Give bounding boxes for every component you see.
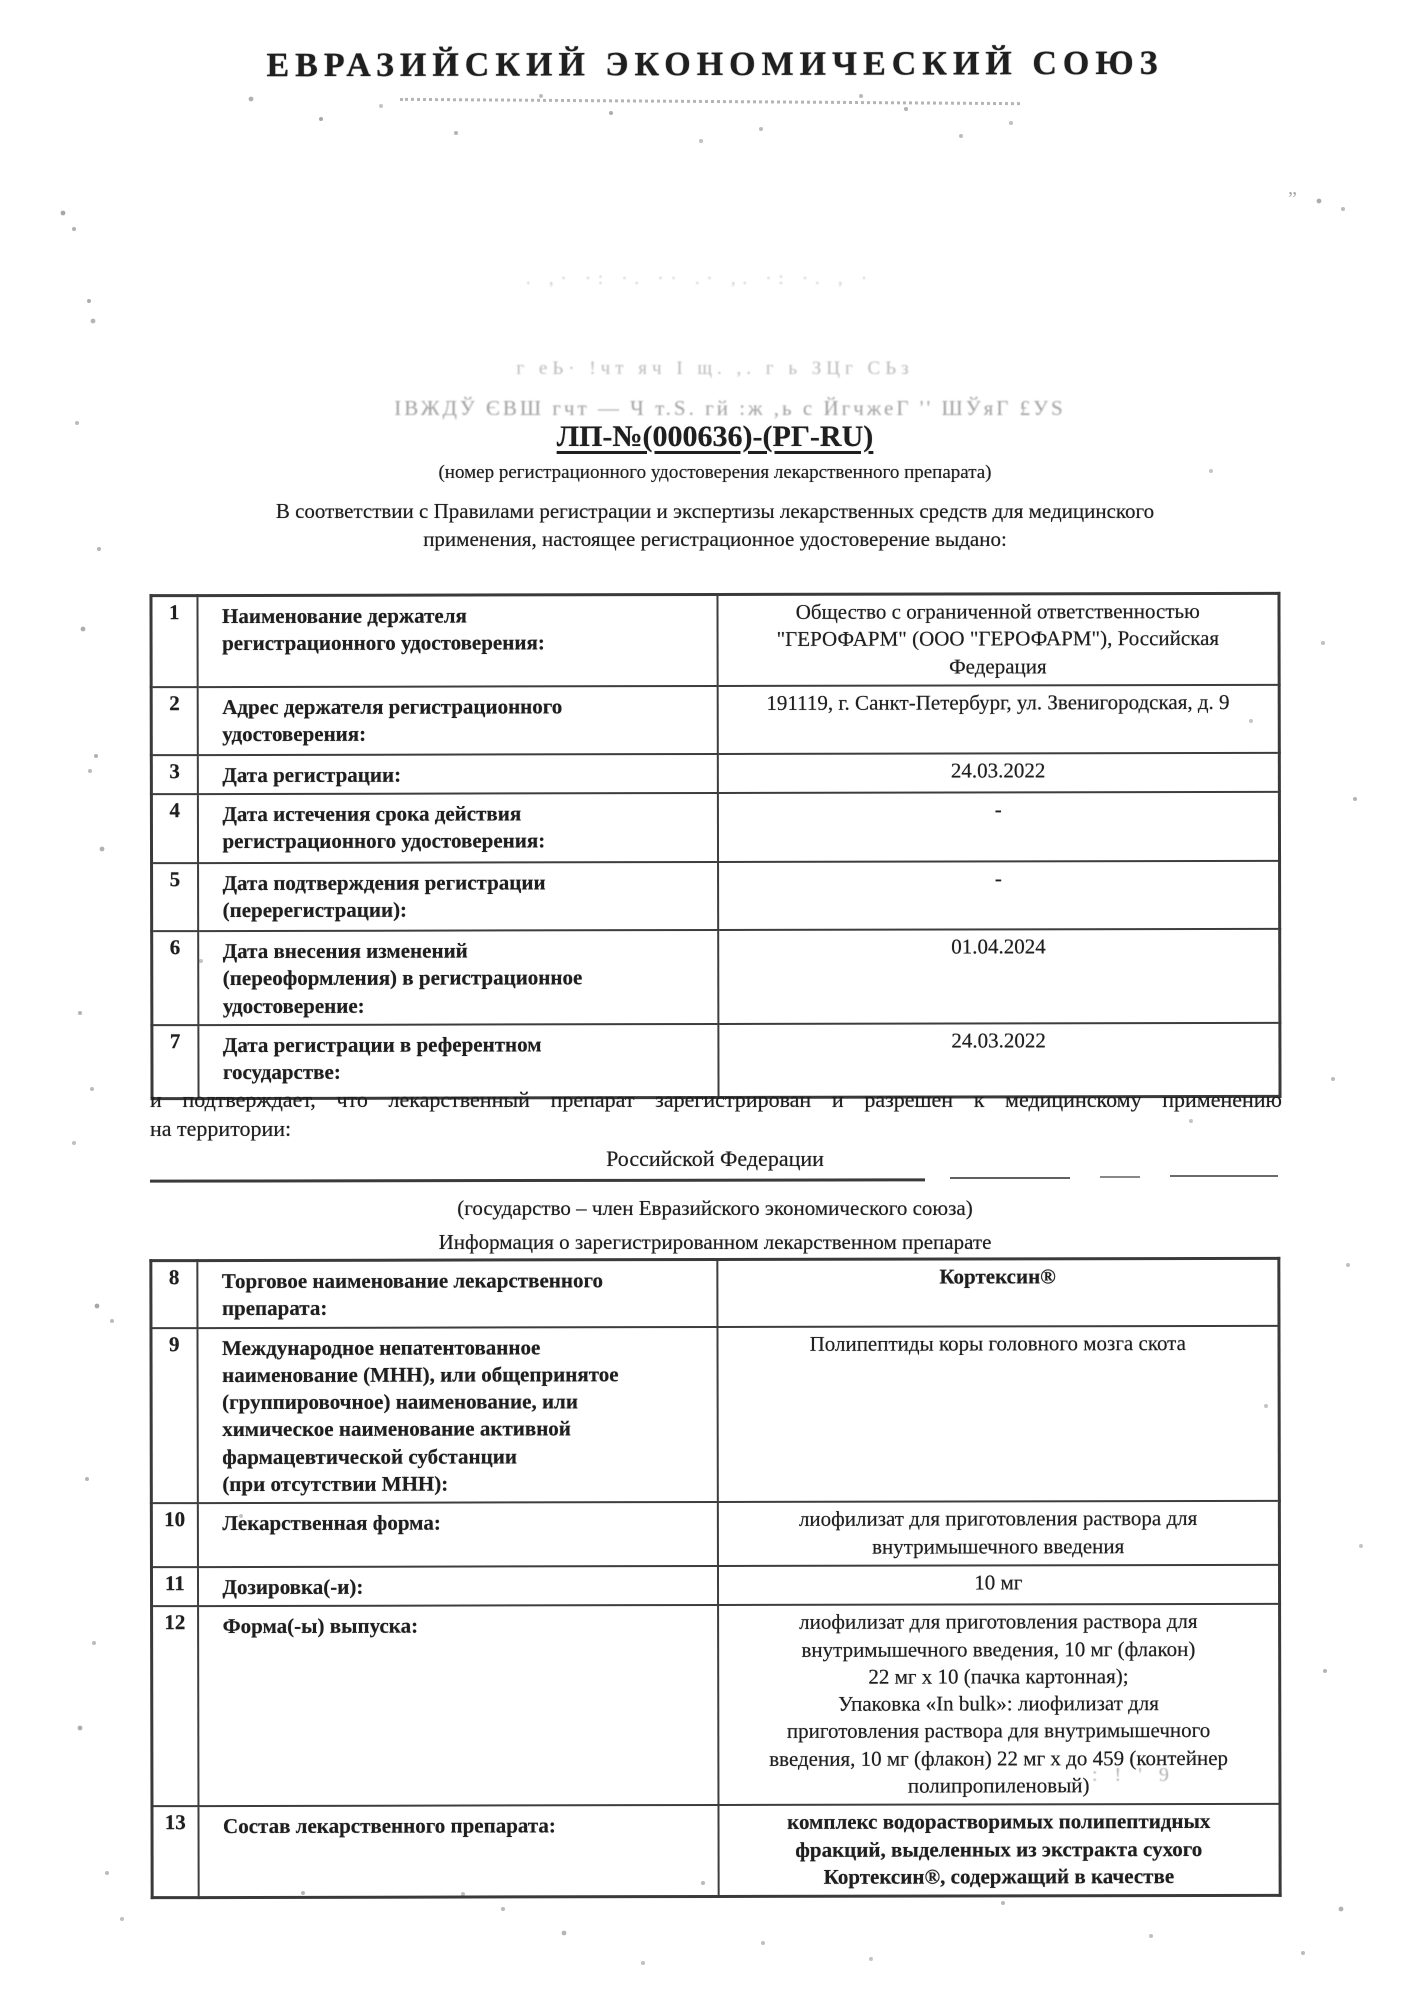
confirmation-text: и подтверждает, что лекарственный препар… (150, 1086, 1282, 1115)
row-number: 13 (152, 1806, 198, 1897)
row-value: Полипептиды коры головного мозга скота (717, 1325, 1279, 1502)
confirmation-text-tail: на территории: (150, 1116, 750, 1142)
row-number: 5 (152, 863, 198, 931)
row-number: 3 (151, 755, 197, 794)
info-heading: Информация о зарегистрированном лекарств… (150, 1230, 1280, 1255)
table-row: 1 Наименование держателя регистрационног… (151, 593, 1279, 687)
table-row: 4 Дата истечения срока действия регистра… (151, 792, 1279, 863)
row-number: 1 (151, 596, 197, 687)
table-row: 6 Дата внесения изменений (переоформлени… (152, 929, 1280, 1025)
table-row: 10 Лекарственная форма: лиофилизат для п… (151, 1501, 1279, 1567)
holder-table: 1 Наименование держателя регистрационног… (149, 592, 1281, 1100)
table-row: 9 Международное непатентованное наименов… (151, 1325, 1279, 1503)
table-row: 11 Дозировка(-и): 10 мг (151, 1565, 1279, 1607)
row-value: 191119, г. Санкт-Петербург, ул. Звенигор… (717, 685, 1279, 754)
row-number: 4 (151, 794, 197, 863)
table-row: 8 Торговое наименование лекарственного п… (151, 1258, 1279, 1327)
row-label: Дата истечения срока действия регистраци… (197, 793, 717, 863)
row-label: Наименование держателя регистрационного … (197, 594, 717, 686)
faded-illegible-line-2: г еЬ· !чт яч І щ. ,. г ь ЗЦг СЬз (250, 358, 1180, 380)
scan-stamp-artifact: : ! ' 9 (1092, 1764, 1175, 1787)
row-label: Дата регистрации: (197, 754, 717, 794)
faded-illegible-line-3: ІВЖДЎ ЄВШ гчт — Ч т.Ѕ. гй :ж ,ь с ЙгчжеГ… (180, 396, 1280, 421)
table-row: 3 Дата регистрации: 24.03.2022 (151, 753, 1279, 795)
union-title: ЕВРАЗИЙСКИЙ ЭКОНОМИЧЕСКИЙ СОЮЗ (150, 45, 1280, 86)
registration-number: ЛП-№(000636)-(РГ-RU) (150, 420, 1280, 454)
row-number: 9 (151, 1328, 197, 1504)
row-value: лиофилизат для приготовления раствора дл… (718, 1604, 1280, 1805)
registration-number-caption: (номер регистрационного удостоверения ле… (150, 462, 1280, 484)
scan-noise-dots (0, 0, 2, 2)
territory-caption: (государство – член Евразийского экономи… (150, 1196, 1280, 1221)
row-number: 8 (151, 1261, 197, 1328)
scan-artifact-mark: ” (1288, 188, 1297, 211)
row-value: - (717, 792, 1279, 862)
row-label: Лекарственная форма: (197, 1502, 717, 1567)
territory-name: Российской Федерации (150, 1146, 1280, 1172)
row-value: лиофилизат для приготовления раствора дл… (717, 1501, 1279, 1566)
row-value: комплекс водорастворимых полипептидных ф… (718, 1804, 1280, 1897)
row-number: 12 (152, 1606, 198, 1806)
registration-number-text: ЛП-№(000636)-(РГ-RU) (557, 420, 874, 453)
row-value: 10 мг (717, 1565, 1279, 1605)
faded-illegible-line-1: . ,· ·: ·. ·· .· ,. ·: ·. , · (380, 268, 1020, 289)
product-table: 8 Торговое наименование лекарственного п… (149, 1257, 1281, 1900)
territory-underline (150, 1178, 925, 1182)
table-row: 5 Дата подтверждения регистрации (перере… (152, 861, 1280, 931)
territory-underline-dash (1170, 1175, 1278, 1177)
row-number: 10 (151, 1503, 197, 1567)
row-label: Дата подтверждения регистрации (перереги… (198, 862, 718, 931)
row-label: Международное непатентованное наименован… (197, 1327, 717, 1504)
territory-underline-dash (1100, 1176, 1140, 1178)
row-label: Адрес держателя регистрационного удостов… (197, 686, 717, 755)
row-number: 6 (152, 931, 198, 1025)
row-number: 11 (151, 1567, 197, 1606)
row-label: Дозировка(-и): (197, 1566, 717, 1606)
scan-dotted-line (400, 98, 1020, 105)
row-label: Дата внесения изменений (переоформления)… (198, 930, 718, 1025)
row-label: Состав лекарственного препарата: (198, 1805, 718, 1897)
row-value: - (718, 861, 1280, 930)
territory-underline-dash (950, 1177, 1070, 1179)
row-number: 2 (151, 687, 197, 755)
table-row: 13 Состав лекарственного препарата: комп… (152, 1804, 1280, 1898)
row-value: 01.04.2024 (718, 929, 1280, 1024)
table-row: 2 Адрес держателя регистрационного удост… (151, 685, 1279, 755)
row-value: 24.03.2022 (717, 753, 1279, 793)
row-value: Кортексин® (717, 1258, 1279, 1326)
row-value: Общество с ограниченной ответственностью… (717, 593, 1279, 686)
row-label: Форма(-ы) выпуска: (198, 1605, 718, 1806)
row-label: Торговое наименование лекарственного пре… (197, 1259, 717, 1327)
intro-paragraph: В соответствии с Правилами регистрации и… (150, 498, 1280, 553)
